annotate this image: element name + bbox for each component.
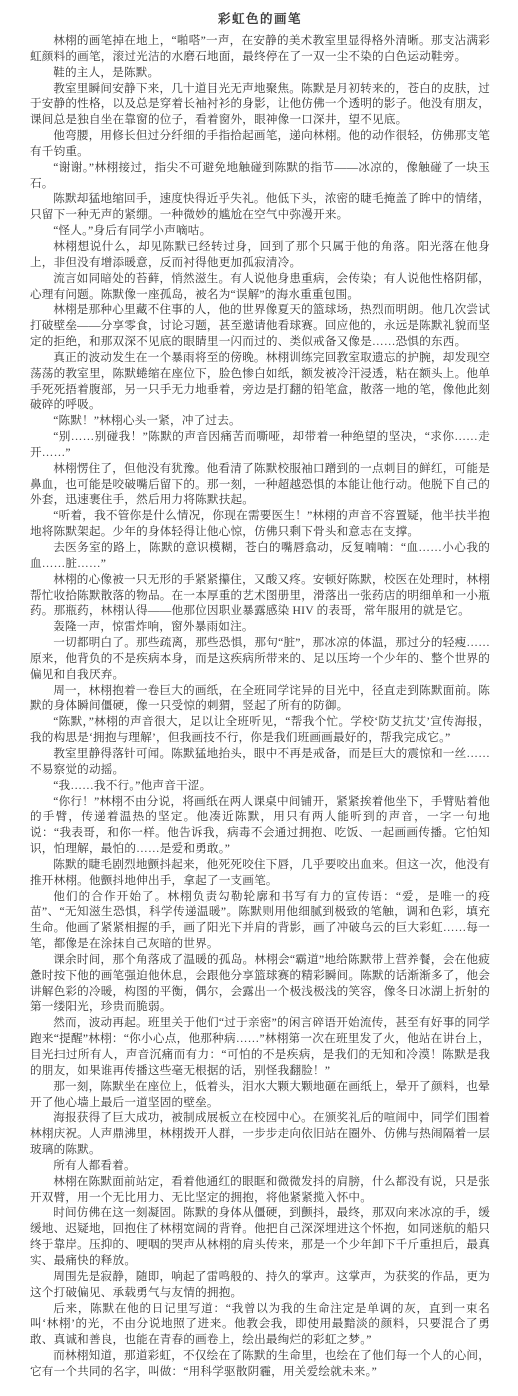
paragraph: 林栩的心像被一只无形的手紧紧攥住，又酸又疼。安顿好陈默，校医在处理时，林栩帮忙收… bbox=[30, 572, 490, 620]
document-page: 彩虹色的画笔 林栩的画笔掉在地上，“啪嗒”一声，在安静的美术教室里显得格外清晰。… bbox=[0, 0, 518, 1396]
paragraph: 周一，林栩抱着一卷巨大的画纸，在全班同学诧异的目光中，径直走到陈默面前。陈默的身… bbox=[30, 683, 490, 715]
paragraph: 陈默却猛地缩回手，速度快得近乎失礼。他低下头，浓密的睫毛掩盖了眸中的情绪，只留下… bbox=[30, 191, 490, 223]
paragraph: 后来，陈默在他的日记里写道：“我曾以为我的生命注定是单调的灰，直到一束名叫‘林栩… bbox=[30, 1301, 490, 1349]
paragraph: 流言如同暗处的苔藓，悄然滋生。有人说他身患重病，会传染；有人说他性格阴郁，心理有… bbox=[30, 271, 490, 303]
paragraph: “谢谢。”林栩接过，指尖不可避免地触碰到陈默的指节——冰凉的，像触碰了一块玉石。 bbox=[30, 160, 490, 192]
paragraph: 周围先是寂静，随即，响起了雷鸣般的、持久的掌声。这掌声，为获奖的作品，更为这个打… bbox=[30, 1269, 490, 1301]
story-body: 林栩的画笔掉在地上，“啪嗒”一声，在安静的美术教室里显得格外清晰。那支沾满彩虹颜… bbox=[30, 33, 490, 1380]
paragraph: “怪人。”身后有同学小声嘀咕。 bbox=[30, 223, 490, 239]
paragraph: 然而，波动再起。班里关于他们“过于亲密”的闲言碎语开始流传，甚至有好事的同学跑来… bbox=[30, 1015, 490, 1078]
paragraph: 鞋的主人，是陈默。 bbox=[30, 65, 490, 81]
paragraph: 陈默的睫毛剧烈地颤抖起来，他死死咬住下唇，几乎要咬出血来。但这一次，他没有推开林… bbox=[30, 857, 490, 889]
paragraph: 林栩想说什么，却见陈默已经转过身，回到了那个只属于他的角落。阳光落在他身上，非但… bbox=[30, 239, 490, 271]
paragraph: 林栩的画笔掉在地上，“啪嗒”一声，在安静的美术教室里显得格外清晰。那支沾满彩虹颜… bbox=[30, 33, 490, 65]
paragraph: “你行！”林栩不由分说，将画纸在两人课桌中间铺开，紧紧挨着他坐下，手臂贴着他的手… bbox=[30, 794, 490, 857]
paragraph: 林栩愣住了，但他没有犹豫。他看清了陈默校服袖口蹭到的一点刺目的鲜红，可能是鼻血，… bbox=[30, 461, 490, 509]
paragraph: 去医务室的路上，陈默的意识模糊，苍白的嘴唇翕动，反复喃喃：“血……小心我的血……… bbox=[30, 540, 490, 572]
paragraph: 林栩在陈默面前站定，看着他通红的眼眶和微微发抖的肩膀，什么都没有说，只是张开双臂… bbox=[30, 1174, 490, 1206]
paragraph: “听着，我不管你是什么情况，你现在需要医生！”林栩的声音不容置疑，他半扶半抱地将… bbox=[30, 508, 490, 540]
paragraph: 他弯腰，用修长但过分纤细的手指拾起画笔，递向林栩。他的动作很轻，仿佛那支笔有千钧… bbox=[30, 128, 490, 160]
paragraph: 真正的波动发生在一个暴雨将至的傍晚。林栩训练完回教室取遗忘的护腕，却发现空荡荡的… bbox=[30, 350, 490, 413]
paragraph: 而林栩知道，那道彩虹，不仅绘在了陈默的生命里，也绘在了他们每一个人的心间，它有一… bbox=[30, 1348, 490, 1380]
paragraph: 轰隆一声，惊雷炸响，窗外暴雨如注。 bbox=[30, 619, 490, 635]
paragraph: 时间仿佛在这一刻凝固。陈默的身体从僵硬，到颤抖，最终，那双向来冰凉的手，缓缓地、… bbox=[30, 1205, 490, 1268]
paragraph: “陈默，”林栩的声音很大，足以让全班听见，“帮我个忙。学校‘防艾抗艾’宣传海报，… bbox=[30, 714, 490, 746]
paragraph: 海报获得了巨大成功，被制成展板立在校园中心。在颁奖礼后的喧闹中，同学们围着林栩庆… bbox=[30, 1110, 490, 1158]
paragraph: 林栩是那种心里藏不住事的人，他的世界像夏天的篮球场，热烈而明朗。他几次尝试打破壁… bbox=[30, 302, 490, 350]
paragraph: “陈默！”林栩心头一紧，冲了过去。 bbox=[30, 413, 490, 429]
document-title: 彩虹色的画笔 bbox=[30, 11, 490, 27]
paragraph: 教室里瞬间安静下来，几十道目光无声地聚焦。陈默是月初转来的，苍白的皮肤，过于安静… bbox=[30, 81, 490, 129]
paragraph: 他们的合作开始了。林栩负责勾勒轮廓和书写有力的宣传语：“爱，是唯一的疫苗”、“无… bbox=[30, 889, 490, 952]
paragraph: 一切都明白了。那些疏离，那些恐惧，那句“脏”，那冰凉的体温，那过分的轻瘦……原来… bbox=[30, 635, 490, 683]
paragraph: 教室里静得落针可闻。陈默猛地抬头，眼中不再是戒备，而是巨大的震惊和一丝……不易察… bbox=[30, 746, 490, 778]
paragraph: 那一刻，陈默坐在座位上，低着头，泪水大颗大颗地砸在画纸上，晕开了颜料，也晕开了他… bbox=[30, 1079, 490, 1111]
paragraph: “别……别碰我！”陈默的声音因痛苦而嘶哑，却带着一种绝望的坚决，“求你……走开…… bbox=[30, 429, 490, 461]
paragraph: 课余时间，那个角落成了温暖的孤岛。林栩会“霸道”地给陈默带上营养餐，会在他疲惫时… bbox=[30, 952, 490, 1015]
paragraph: “我……我不行。”他声音干涩。 bbox=[30, 778, 490, 794]
paragraph: 所有人都看着。 bbox=[30, 1158, 490, 1174]
